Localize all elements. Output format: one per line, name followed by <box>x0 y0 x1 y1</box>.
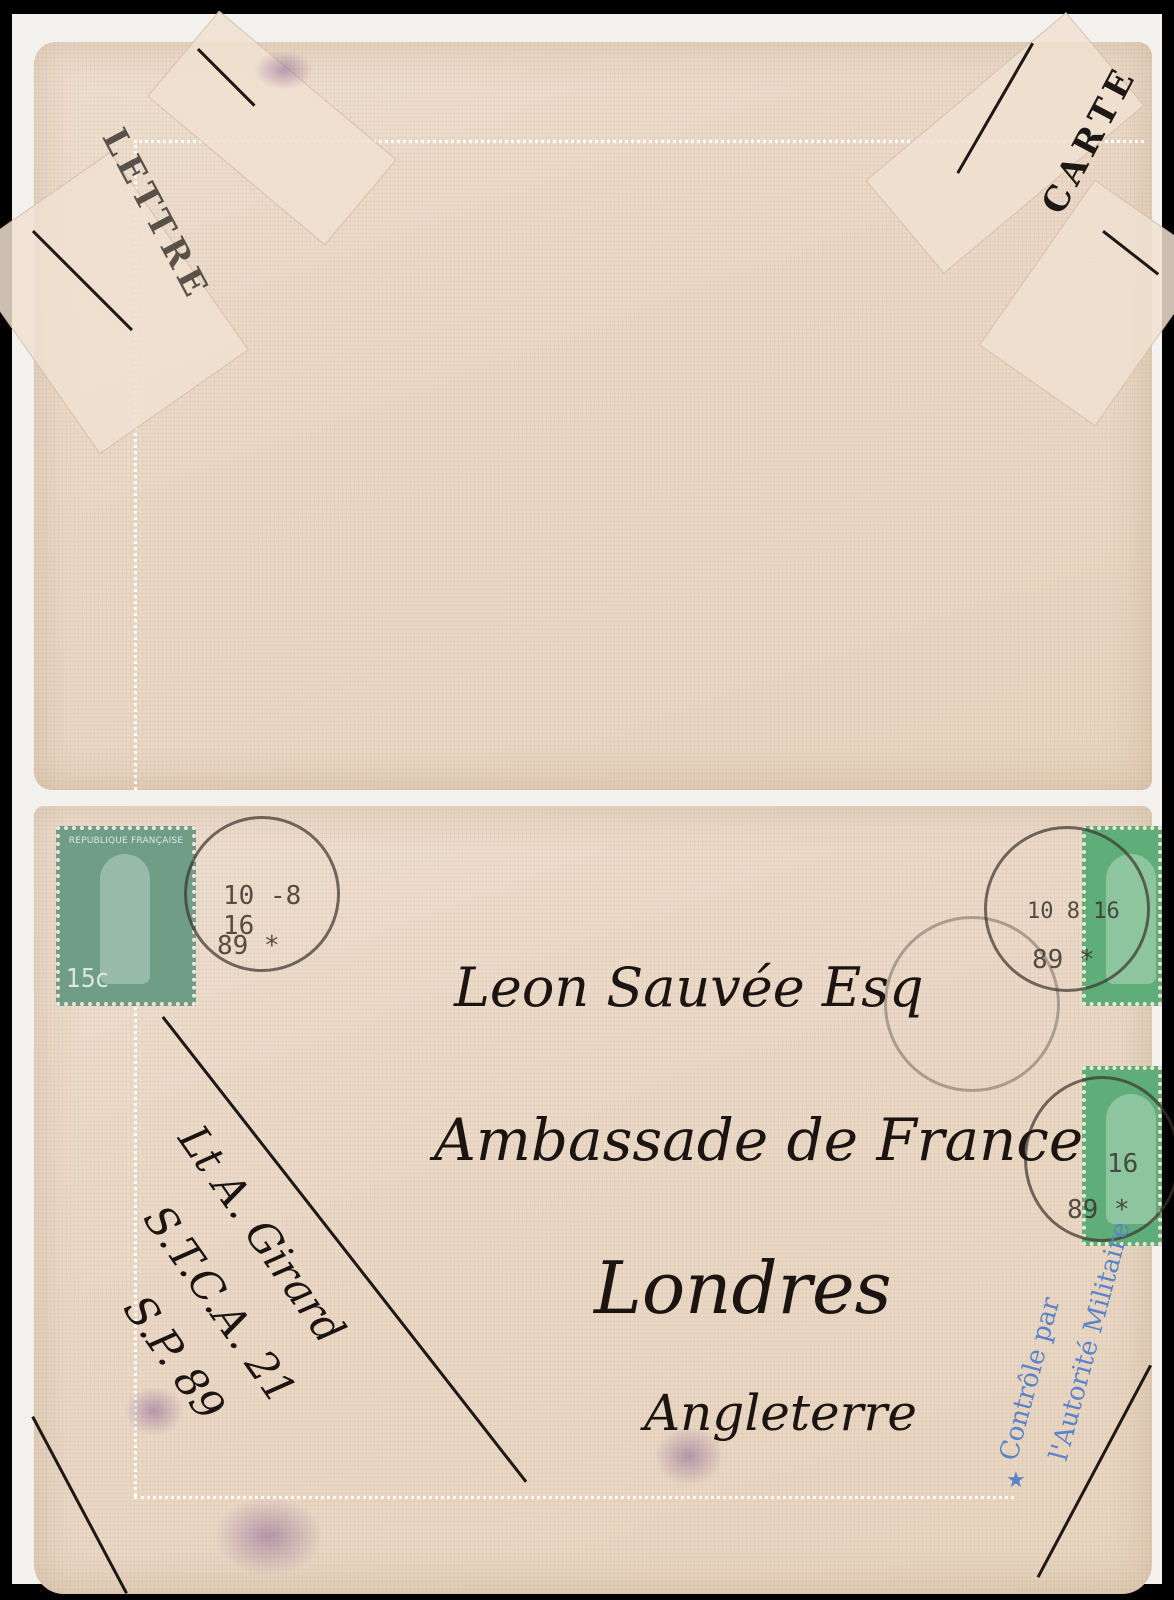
address-line-city: Londres <box>594 1246 892 1330</box>
ink-stain <box>254 50 314 90</box>
ink-stain <box>214 1496 324 1576</box>
ink-stain <box>124 1386 184 1436</box>
stamp-country: REPUBLIQUE FRANÇAISE <box>60 836 192 846</box>
postage-stamp-15c: REPUBLIQUE FRANÇAISE 15c <box>56 826 196 1006</box>
postmark-sector: 89 * <box>1067 1195 1130 1225</box>
censor-star-icon: ★ <box>1006 1468 1026 1493</box>
stamp-value: 15c <box>66 964 109 994</box>
card-address-panel: REPUBLIQUE FRANÇAISE 15c 10 -8 16 89 * 1… <box>34 806 1152 1594</box>
card-top-panel: CARTE LETTRE <box>34 42 1152 790</box>
postmark-date: 10 8 16 <box>1027 899 1120 924</box>
address-line-name: Leon Sauvée Esq <box>454 956 924 1019</box>
ink-stain <box>654 1426 724 1486</box>
postmark-date: 16 <box>1107 1149 1138 1179</box>
scan-background: CARTE LETTRE REPUBLIQUE FRANÇAISE 15c <box>12 14 1162 1584</box>
postmark-left: 10 -8 16 89 * <box>184 816 340 972</box>
postmark-sector: 89 * <box>217 931 280 961</box>
letter-card: CARTE LETTRE REPUBLIQUE FRANÇAISE 15c <box>34 42 1152 1594</box>
address-line-embassy: Ambassade de France <box>434 1106 1083 1174</box>
